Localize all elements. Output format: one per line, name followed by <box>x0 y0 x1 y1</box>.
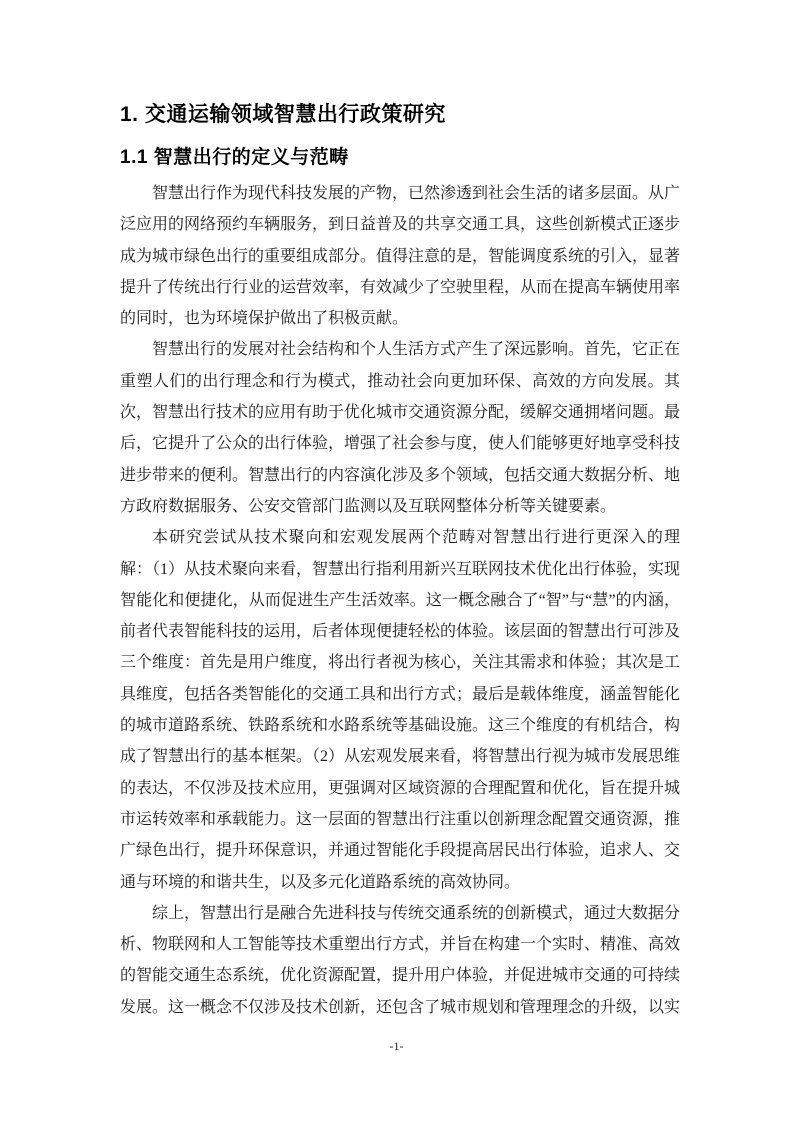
document-page: 1. 交通运输领域智慧出行政策研究 1.1 智慧出行的定义与范畴 智慧出行作为现… <box>0 0 793 1122</box>
body-text: 智慧出行作为现代科技发展的产物，已然渗透到社会生活的诸多层面。从广泛应用的网络预… <box>120 178 680 1023</box>
page-footer: -1- <box>0 1038 793 1054</box>
paragraph-3: 本研究尝试从技术聚向和宏观发展两个范畴对智慧出行进行更深入的理解：（1）从技术聚… <box>120 522 680 898</box>
section-title: 1.1 智慧出行的定义与范畴 <box>120 146 680 170</box>
chapter-title: 1. 交通运输领域智慧出行政策研究 <box>120 102 680 128</box>
page-content: 1. 交通运输领域智慧出行政策研究 1.1 智慧出行的定义与范畴 智慧出行作为现… <box>120 0 680 1023</box>
paragraph-1: 智慧出行作为现代科技发展的产物，已然渗透到社会生活的诸多层面。从广泛应用的网络预… <box>120 178 680 334</box>
page-number: -1- <box>390 1039 404 1053</box>
paragraph-4: 综上，智慧出行是融合先进科技与传统交通系统的创新模式，通过大数据分析、物联网和人… <box>120 898 680 1023</box>
paragraph-2: 智慧出行的发展对社会结构和个人生活方式产生了深远影响。首先，它正在重塑人们的出行… <box>120 334 680 522</box>
